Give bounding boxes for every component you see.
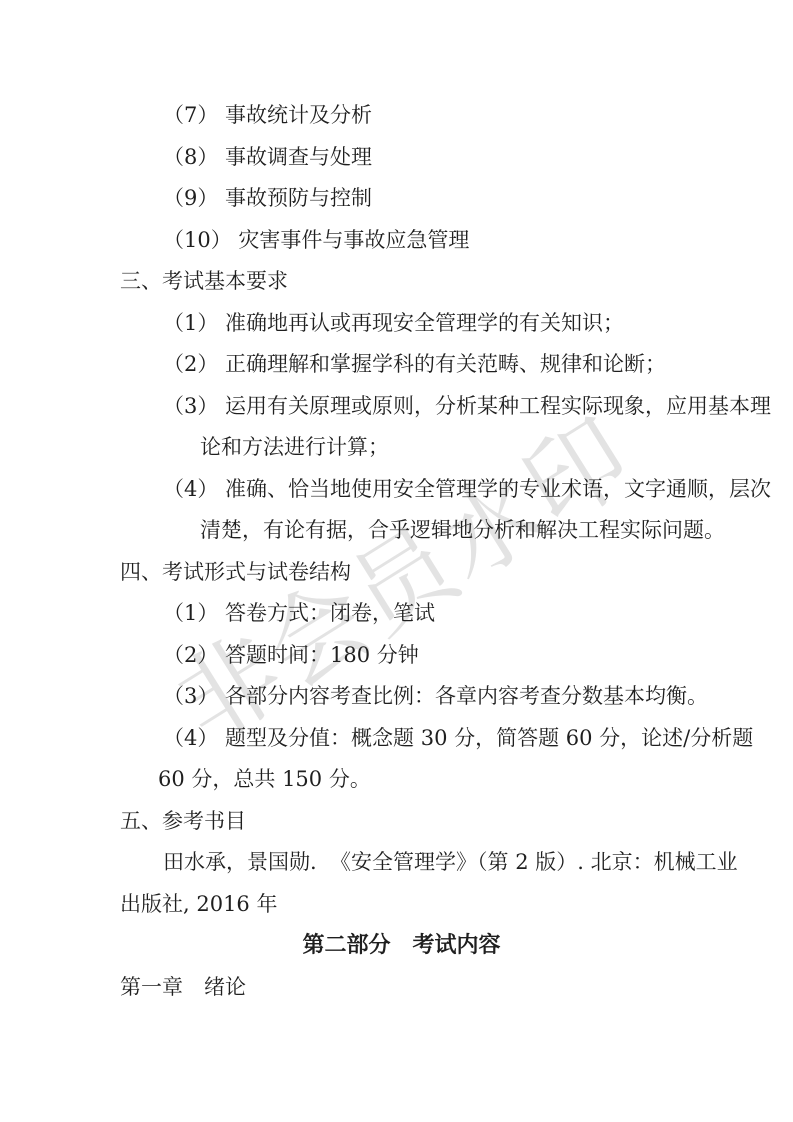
requirement-item-2: （2） 正确理解和掌握学科的有关范畴、规律和论断； (120, 344, 683, 386)
format-item-2: （2） 答题时间：180 分钟 (120, 635, 683, 677)
section-heading-exam-format: 四、考试形式与试卷结构 (120, 552, 683, 594)
section-heading-exam-requirements: 三、考试基本要求 (120, 261, 683, 303)
reference-entry-continued: 出版社, 2016 年 (120, 884, 683, 926)
format-item-3: （3） 各部分内容考查比例：各章内容考查分数基本均衡。 (120, 676, 683, 718)
format-item-4-continued: 60 分，总共 150 分。 (120, 759, 683, 801)
requirement-item-3-continued: 论和方法进行计算； (120, 427, 683, 469)
format-item-4: （4） 题型及分值：概念题 30 分，简答题 60 分，论述/分析题 (120, 718, 683, 760)
requirement-item-3: （3） 运用有关原理或原则，分析某种工程实际现象，应用基本理 (120, 386, 683, 428)
list-item-8: （8） 事故调查与处理 (120, 137, 683, 179)
part2-heading: 第二部分 考试内容 (120, 925, 683, 967)
list-item-10: （10） 灾害事件与事故应急管理 (120, 220, 683, 262)
requirement-item-4-continued: 清楚，有论有据，合乎逻辑地分析和解决工程实际问题。 (120, 510, 683, 552)
document-body: （7） 事故统计及分析 （8） 事故调查与处理 （9） 事故预防与控制 （10）… (120, 95, 683, 1008)
requirement-item-4: （4） 准确、恰当地使用安全管理学的专业术语，文字通顺，层次 (120, 469, 683, 511)
reference-entry: 田水承，景国勋. 《安全管理学》（第 2 版）. 北京：机械工业 (120, 842, 683, 884)
list-item-9: （9） 事故预防与控制 (120, 178, 683, 220)
document-page: 非会员水印 （7） 事故统计及分析 （8） 事故调查与处理 （9） 事故预防与控… (0, 0, 793, 1122)
list-item-7: （7） 事故统计及分析 (120, 95, 683, 137)
chapter1-heading: 第一章 绪论 (120, 967, 683, 1009)
section-heading-references: 五、参考书目 (120, 801, 683, 843)
requirement-item-1: （1） 准确地再认或再现安全管理学的有关知识； (120, 303, 683, 345)
format-item-1: （1） 答卷方式：闭卷，笔试 (120, 593, 683, 635)
